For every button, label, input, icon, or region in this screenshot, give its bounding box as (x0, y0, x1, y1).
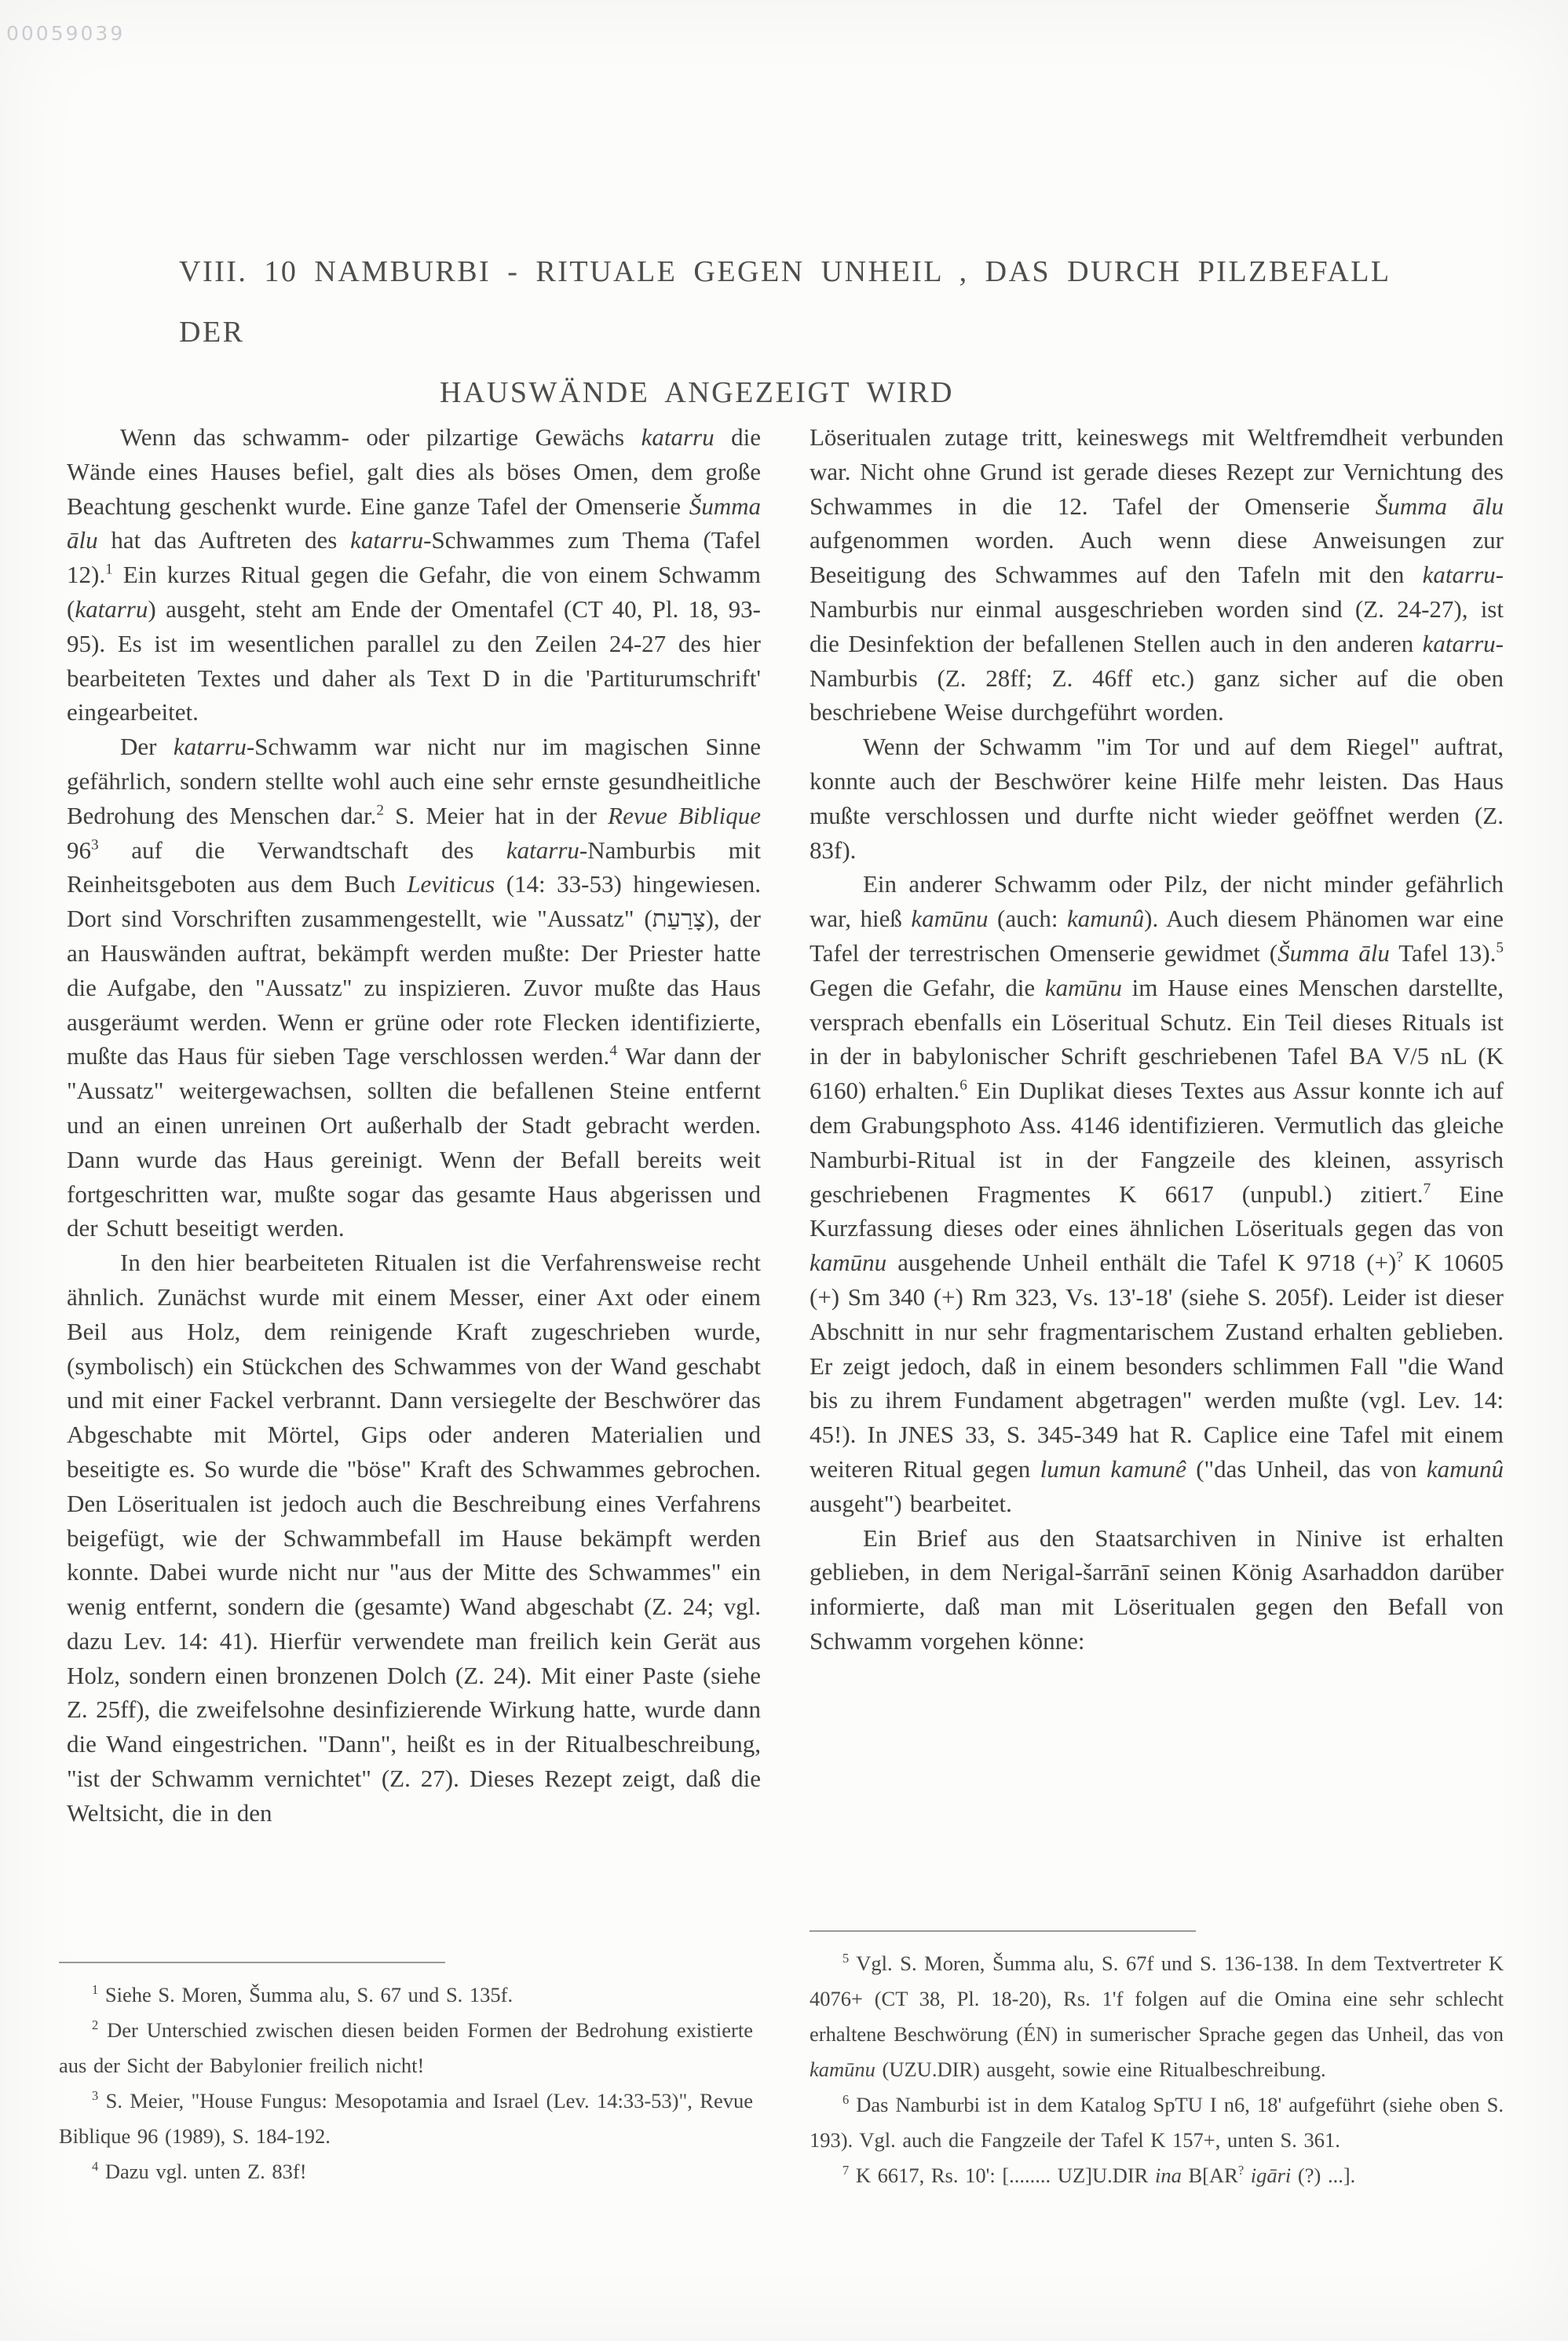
footnote: 3 S. Meier, "House Fungus: Mesopotamia a… (59, 2083, 753, 2154)
text-segment: kamunû (1427, 1455, 1504, 1483)
footnote: 4 Dazu vgl. unten Z. 83f! (59, 2154, 753, 2189)
text-segment: Siehe S. Moren, Šumma alu, S. 67 und S. … (98, 1983, 513, 2006)
paragraph: Der katarru-Schwamm war nicht nur im mag… (67, 730, 761, 1245)
footnote-ref: 7 (842, 2163, 849, 2178)
right-footnote-list: 5 Vgl. S. Moren, Šumma alu, S. 67f und S… (810, 1946, 1504, 2193)
paragraph: Löseritualen zutage tritt, keineswegs mi… (810, 420, 1504, 730)
text-segment: ausgeht") bearbeitet. (810, 1490, 1012, 1517)
paragraph: Ein Brief aus den Staatsarchiven in Nini… (810, 1521, 1504, 1659)
text-segment: katarru (1423, 630, 1496, 657)
text-segment: Gegen die Gefahr, die (810, 974, 1045, 1001)
footnote-ref: 1 (105, 561, 113, 578)
footnote-ref: 5 (842, 1951, 849, 1966)
chapter-title: VIII. 10 NAMBURBI - RITUALE GEGEN UNHEIL… (179, 242, 1404, 423)
footnote-ref: 3 (91, 836, 99, 853)
text-segment: katarru (506, 836, 579, 864)
text-segment: 96 (67, 836, 91, 864)
text-segment: K 6617, Rs. 10': [........ UZ]U.DIR (849, 2164, 1155, 2187)
text-segment (1244, 2164, 1251, 2187)
text-segment: kamūnu (1045, 974, 1122, 1001)
left-footnote-list: 1 Siehe S. Moren, Šumma alu, S. 67 und S… (59, 1977, 753, 2189)
text-segment: (UZU.DIR) ausgeht, sowie eine Ritualbesc… (875, 2058, 1326, 2081)
text-segment: katarru (75, 595, 148, 623)
right-footnote-block: 5 Vgl. S. Moren, Šumma alu, S. 67f und S… (810, 1930, 1504, 2193)
left-text-column: Wenn das schwamm- oder pilzartige Gewäch… (67, 420, 761, 1831)
text-segment: Šumma ālu (1376, 492, 1504, 520)
text-segment: Leviticus (407, 870, 495, 898)
footnote: 2 Der Unterschied zwischen diesen beiden… (59, 2013, 753, 2083)
chapter-title-line2: HAUSWÄNDE ANGEZEIGT WIRD (179, 363, 1404, 423)
text-segment: kamūnu (810, 2058, 875, 2081)
footnote-ref: 7 (1423, 1180, 1431, 1197)
paragraph: Wenn der Schwamm "im Tor und auf dem Rie… (810, 730, 1504, 867)
footnote: 7 K 6617, Rs. 10': [........ UZ]U.DIR in… (810, 2158, 1504, 2193)
footnote: 6 Das Namburbi ist in dem Katalog SpTU I… (810, 2087, 1504, 2158)
footnote: 1 Siehe S. Moren, Šumma alu, S. 67 und S… (59, 1977, 753, 2013)
text-segment: Der (120, 733, 174, 760)
text-segment: Dazu vgl. unten Z. 83f! (98, 2160, 306, 2183)
text-segment: auf die Verwandtschaft des (99, 836, 506, 864)
footnote-ref: 1 (92, 1982, 98, 1997)
footnote-separator-rule (810, 1930, 1196, 1932)
text-segment: katarru (174, 733, 247, 760)
text-segment: aufgenommen worden. Auch wenn diese Anwe… (810, 526, 1504, 588)
text-segment: (?) ...]. (1291, 2164, 1355, 2187)
text-segment: katarru (350, 526, 423, 554)
text-segment: igāri (1251, 2164, 1292, 2187)
footnote-ref: 4 (609, 1043, 617, 1059)
text-segment: Revue Biblique (608, 802, 761, 829)
text-segment: Wenn das schwamm- oder pilzartige Gewäch… (120, 423, 641, 451)
text-segment: katarru (1423, 561, 1496, 588)
footnote-ref: 4 (92, 2159, 98, 2174)
paragraph: In den hier bearbeiteten Ritualen ist di… (67, 1245, 761, 1831)
footnote-ref: ? (1238, 2163, 1244, 2178)
paragraph: Ein anderer Schwamm oder Pilz, der nicht… (810, 867, 1504, 1520)
text-segment: Das Namburbi ist in dem Katalog SpTU I n… (810, 2093, 1504, 2152)
text-segment: hat das Auftreten des (98, 526, 351, 554)
text-segment: ) ausgeht, steht am Ende der Omentafel (… (67, 595, 761, 726)
scanned-book-page: 00059039 VIII. 10 NAMBURBI - RITUALE GEG… (0, 0, 1568, 2341)
footnote-ref: 3 (92, 2088, 98, 2103)
footnote-ref: 2 (92, 2017, 98, 2032)
footnote-ref: 2 (376, 802, 384, 818)
footnote-ref: 6 (842, 2092, 849, 2107)
text-segment: ausgehende Unheil enthält die Tafel K 97… (886, 1249, 1396, 1276)
text-segment: kamunû (1067, 905, 1144, 932)
footnote-separator-rule (59, 1962, 445, 1963)
text-segment: ("das Unheil, das von (1186, 1455, 1427, 1483)
text-segment: Vgl. S. Moren, Šumma alu, S. 67f und S. … (810, 1951, 1504, 2046)
footnote-ref: 5 (1496, 940, 1504, 957)
text-segment: S. Meier, "House Fungus: Mesopotamia and… (59, 2089, 753, 2148)
text-segment: Der Unterschied zwischen diesen beiden F… (59, 2018, 753, 2077)
text-segment: (auch: (989, 905, 1067, 932)
text-segment: ina (1155, 2164, 1182, 2187)
footnote-ref: 6 (959, 1077, 967, 1094)
right-text-column: Löseritualen zutage tritt, keineswegs mi… (810, 420, 1504, 1659)
text-segment: lumun kamunê (1040, 1455, 1186, 1483)
left-footnote-block: 1 Siehe S. Moren, Šumma alu, S. 67 und S… (59, 1962, 753, 2189)
text-segment: katarru (641, 423, 715, 451)
text-segment: B[AR (1182, 2164, 1238, 2187)
text-segment: K 10605 (+) Sm 340 (+) Rm 323, Vs. 13'-1… (810, 1249, 1504, 1483)
chapter-title-line1: VIII. 10 NAMBURBI - RITUALE GEGEN UNHEIL… (179, 242, 1404, 363)
text-segment: kamūnu (810, 1249, 886, 1276)
text-segment: kamūnu (911, 905, 988, 932)
text-segment: In den hier bearbeiteten Ritualen ist di… (67, 1249, 761, 1827)
text-segment: Tafel 13). (1390, 939, 1497, 967)
footnote: 5 Vgl. S. Moren, Šumma alu, S. 67f und S… (810, 1946, 1504, 2087)
text-segment: S. Meier hat in der (384, 802, 608, 829)
text-segment: Šumma ālu (1277, 939, 1390, 967)
text-segment: (14: 33-53) hingewiesen. Dort sind Vorsc… (67, 870, 761, 1070)
scan-number-watermark: 00059039 (6, 22, 125, 45)
footnote-ref: ? (1396, 1249, 1403, 1266)
text-segment: Ein Brief aus den Staatsarchiven in Nini… (810, 1524, 1504, 1655)
text-segment: Wenn der Schwamm "im Tor und auf dem Rie… (810, 733, 1504, 863)
text-segment: War dann der "Aussatz" weitergewachsen, … (67, 1042, 761, 1242)
paragraph: Wenn das schwamm- oder pilzartige Gewäch… (67, 420, 761, 730)
